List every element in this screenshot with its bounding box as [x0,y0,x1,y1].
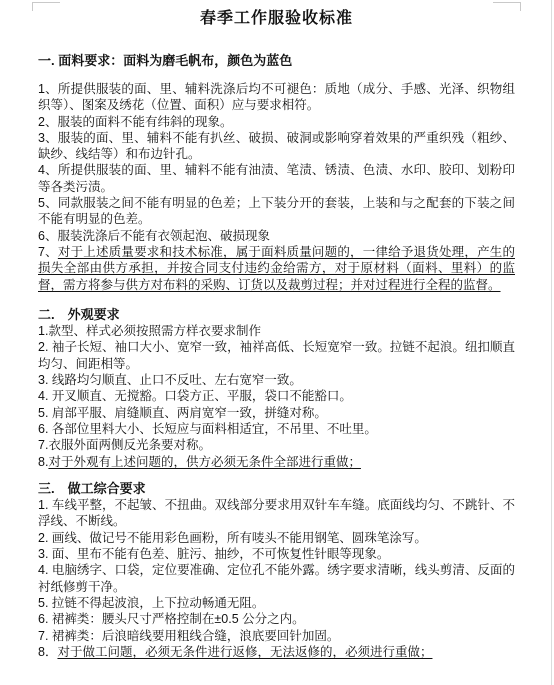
item-text: 裙裤类：后浪暗线要用粗线合缝，浪底要回针加固。 [52,629,340,643]
item-number: 5. [38,596,52,610]
list-item: 6. 裙裤类：腰头尺寸严格控制在±0.5 公分之内。 [38,611,515,627]
margin-crop-mark-top-left [32,2,60,11]
item-number: 3. [38,547,52,561]
item-text: 线路均匀顺直、止口不反吐、左右宽窄一致。 [52,373,302,387]
list-item: 1、所提供服装的面、里、辅料洗涤后均不可褪色：质地（成分、手感、光泽、织物组织等… [38,81,515,114]
section-heading-fabric: 一. 面料要求：面料为磨毛帆布，颜色为蓝色 [38,54,515,68]
list-item: 6、服装洗涤后不能有衣领起泡、破损现象 [38,228,515,244]
item-number: 2. [38,340,52,354]
item-number: 7、 [38,245,58,259]
list-item: 3. 面、里布不能有色差、脏污、抽纱，不可恢复性针眼等现象。 [38,546,515,562]
item-number: 6. [38,422,52,436]
item-number: 8． [38,645,57,659]
document-content: 春季工作服验收标准 一. 面料要求：面料为磨毛帆布，颜色为蓝色 1、所提供服装的… [0,0,554,660]
list-item: 7、对于上述质量要求和技术标准，属于面料质量问题的，一律给予退货处理，产生的损失… [38,244,515,293]
item-text: 各部位里料大小、长短应与面料相适宜，不吊里、不吐里。 [52,422,377,436]
item-text-underlined: 对于上述质量要求和技术标准，属于面料质量问题的，一律给予退货处理，产生的损失全部… [38,245,515,292]
list-item: 4. 电脑绣字、口袋，定位要准确、定位孔不能外露。绣字要求清晰，线头剪清、反面的… [38,562,515,595]
item-text: 车线平整，不起皱、不扭曲。双线部分要求用双针车车缝。底面线均匀、不跳针、不浮线、… [38,498,515,528]
item-number: 1. [38,498,52,512]
item-text: 肩部平服、肩缝顺直、两肩宽窄一致，拼缝对称。 [52,406,327,420]
list-item: 2. 画线、做记号不能用彩色画粉，所有唛头不能用钢笔、圆珠笔涂写。 [38,530,515,546]
list-item: 4、所提供服装的面、里、辅料不能有油渍、笔渍、锈渍、色渍、水印、胶印、划粉印等各… [38,162,515,195]
item-text: 拉链不得起波浪，上下拉动畅通无阻。 [52,596,265,610]
item-text: 所提供服装的面、里、辅料不能有油渍、笔渍、锈渍、色渍、水印、胶印、划粉印等各类污… [38,163,515,193]
list-item: 1. 车线平整，不起皱、不扭曲。双线部分要求用双针车车缝。底面线均匀、不跳针、不… [38,497,515,530]
list-item: 8.对于外观有上述问题的，供方必须无条件全部进行重做； [38,454,515,470]
list-item: 7.衣服外面两侧反光条要对称。 [38,437,515,453]
item-number: 6、 [38,229,57,243]
item-number: 2、 [38,115,57,129]
item-number: 6. [38,612,52,626]
item-number: 7. [38,629,52,643]
item-text: 开叉顺直、无搅豁。口袋方正、平服，袋口不能豁口。 [52,389,352,403]
list-item: 3、服装的面、里、辅料不能有扒丝、破损、破洞或影响穿着效果的严重织残（粗纱、缺纱… [38,130,515,163]
section-heading-workmanship: 三. 做工综合要求 [38,481,515,497]
document-page: 春季工作服验收标准 一. 面料要求：面料为磨毛帆布，颜色为蓝色 1、所提供服装的… [0,0,554,685]
item-number: 1、 [38,82,58,96]
item-number: 4. [38,563,52,577]
list-item: 6. 各部位里料大小、长短应与面料相适宜，不吊里、不吐里。 [38,421,515,437]
item-number: 4、 [38,163,58,177]
list-item: 5、同款服装之间不能有明显的色差；上下装分开的套装，上装和与之配套的下装之间不能… [38,195,515,228]
list-item: 1.款型、样式必须按照需方样衣要求制作 [38,323,515,339]
item-text: 服装的面料不能有纬斜的现象。 [57,115,232,129]
item-text: 服装的面、里、辅料不能有扒丝、破损、破洞或影响穿着效果的严重织残（粗纱、缺纱、线… [38,131,515,161]
item-number: 4. [38,389,52,403]
item-text: 电脑绣字、口袋，定位要准确、定位孔不能外露。绣字要求清晰，线头剪清、反面的衬纸修… [38,563,515,593]
list-item: 3. 线路均匀顺直、止口不反吐、左右宽窄一致。 [38,372,515,388]
item-text-underlined: 对于做工问题，必须无条件进行返修，无法返修的，必须进行重做； [57,645,432,659]
item-text: 同款服装之间不能有明显的色差；上下装分开的套装，上装和与之配套的下装之间不能有明… [38,196,515,226]
item-text: 画线、做记号不能用彩色画粉，所有唛头不能用钢笔、圆珠笔涂写。 [52,531,427,545]
item-number: 3、 [38,131,58,145]
section-heading-appearance: 二. 外观要求 [38,307,515,323]
item-number: 5、 [38,196,58,210]
document-title: 春季工作服验收标准 [38,0,515,28]
item-number: 2. [38,531,52,545]
list-item: 7. 裙裤类：后浪暗线要用粗线合缝，浪底要回针加固。 [38,628,515,644]
list-item: 5. 拉链不得起波浪，上下拉动畅通无阻。 [38,595,515,611]
item-text: 服装洗涤后不能有衣领起泡、破损现象 [57,229,270,243]
list-item: 8．对于做工问题，必须无条件进行返修，无法返修的，必须进行重做； [38,644,515,660]
item-text: 款型、样式必须按照需方样衣要求制作 [48,324,261,338]
list-item: 2、服装的面料不能有纬斜的现象。 [38,114,515,130]
item-number: 8. [38,455,48,469]
item-number: 3. [38,373,52,387]
list-item: 2. 袖子长短、袖口大小、宽窄一致，袖祥高低、长短宽窄一致。拉链不起浪。纽扣顺直… [38,339,515,372]
item-number: 7. [38,438,48,452]
item-text: 所提供服装的面、里、辅料洗涤后均不可褪色：质地（成分、手感、光泽、织物组织等）、… [38,82,515,112]
item-text-underlined: 对于外观有上述问题的，供方必须无条件全部进行重做； [48,455,361,469]
item-number: 5. [38,406,52,420]
item-text: 裙裤类：腰头尺寸严格控制在±0.5 公分之内。 [52,612,305,626]
item-number: 1. [38,324,48,338]
item-text: 袖子长短、袖口大小、宽窄一致，袖祥高低、长短宽窄一致。拉链不起浪。纽扣顺直均匀、… [38,340,515,370]
item-text: 面、里布不能有色差、脏污、抽纱，不可恢复性针眼等现象。 [52,547,390,561]
page-edge-line [551,0,552,685]
item-text: 衣服外面两侧反光条要对称。 [48,438,211,452]
list-item: 5. 肩部平服、肩缝顺直、两肩宽窄一致，拼缝对称。 [38,405,515,421]
margin-crop-mark-top-right [493,2,521,11]
list-item: 4. 开叉顺直、无搅豁。口袋方正、平服，袋口不能豁口。 [38,388,515,404]
